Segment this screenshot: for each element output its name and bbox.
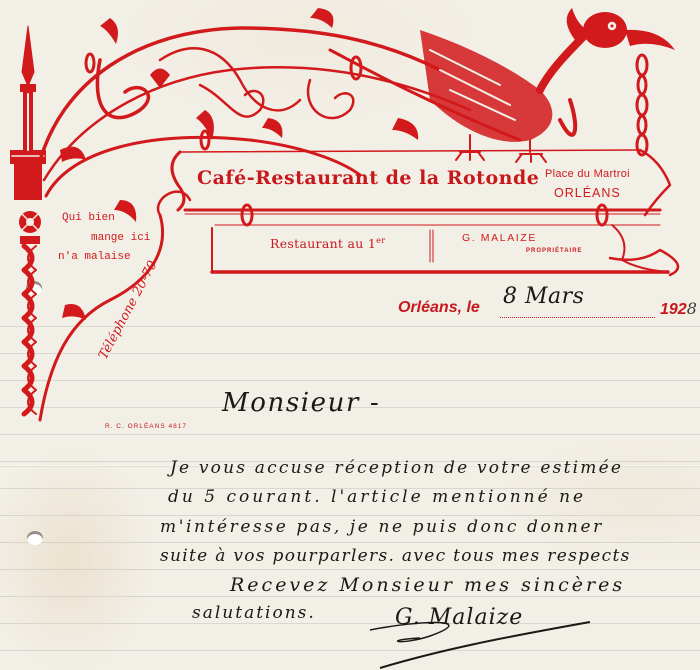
chain-icon (637, 55, 647, 155)
flower-icon (19, 211, 41, 233)
motto-line-2: mange ici (91, 232, 150, 244)
letter-closing-line: Recevez Monsieur mes sincères (230, 574, 625, 596)
address-line: Place du Martroi (545, 168, 675, 180)
dateline-printed: Orléans, le (398, 299, 480, 317)
subtitle-text: Restaurant au 1 (270, 236, 376, 251)
registry-number: R. C. ORLÉANS 4817 (105, 423, 187, 430)
letterhead-ornament-illustration (0, 0, 700, 670)
printed-year: 1928 (660, 299, 698, 319)
letter-salutation: Monsieur - (222, 388, 380, 418)
signature-flourish (360, 600, 610, 670)
motto-line-1: Qui bien (62, 212, 115, 224)
handwritten-year-digit: 8 (687, 299, 699, 318)
letter-body-line-3: m'intéresse pas, je ne puis donc donner (160, 517, 604, 537)
letter-body-line-2: du 5 courant. l'article mentionné ne (168, 487, 586, 507)
letter-body-line-4: suite à vos pourparlers. avec tous mes r… (160, 546, 631, 566)
pen-nib-icon (10, 26, 46, 200)
motto-line-3: n'a malaise (58, 251, 131, 263)
letter-closing-salutations: salutations. (192, 603, 316, 623)
restaurant-floor-label: Restaurant au 1er (270, 236, 385, 251)
printed-year-digits: 192 (660, 301, 687, 318)
city-label: ORLÉANS (554, 186, 621, 200)
subtitle-superscript: er (376, 236, 385, 245)
business-name: Café-Restaurant de la Rotonde (197, 167, 539, 189)
date-dotted-line (500, 316, 655, 318)
proprietor-name: G. MALAIZE (462, 232, 537, 244)
letter-body-line-1: Je vous accuse réception de votre estimé… (170, 458, 623, 478)
proprietor-role: PROPRIÉTAIRE (526, 248, 583, 254)
handwritten-date: 8 Mars (503, 284, 584, 309)
rope-column-icon (24, 246, 36, 414)
